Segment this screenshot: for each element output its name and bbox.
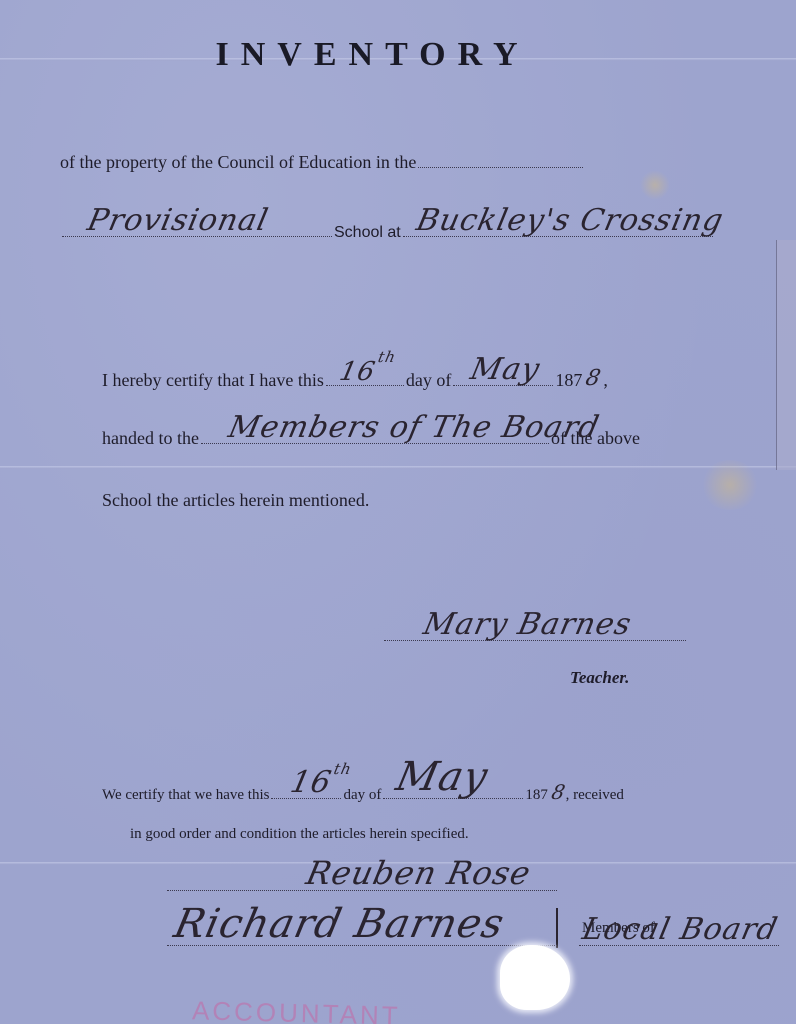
school-type-field: Provisional: [62, 236, 332, 237]
board-signature-line-1: Reuben Rose: [165, 890, 559, 896]
stain: [700, 460, 760, 510]
teacher-signature: Mary Barnes: [420, 607, 635, 642]
board-cert-line-1: We certify that we have this 16th day of…: [102, 780, 624, 804]
stain: [640, 170, 670, 200]
board-signature-field-1: Reuben Rose: [167, 890, 557, 891]
school-location-field: Buckley's Crossing: [403, 236, 713, 237]
board-cert-line-2: in good order and condition the articles…: [130, 826, 469, 843]
teacher-cert-line-3: School the articles herein mentioned.: [102, 490, 369, 511]
day-field: 16th: [326, 385, 404, 386]
board-signature-line-2: Richard Barnes Local Board: [165, 945, 781, 951]
board-month-field: May: [383, 798, 523, 799]
paper-hole: [500, 945, 570, 1010]
paper-fold: [0, 466, 796, 469]
document-page: INVENTORY of the property of the Council…: [0, 0, 796, 1024]
handwritten-school-type: Provisional: [84, 203, 271, 238]
teacher-cert-line-1: I hereby certify that I have this 16th d…: [102, 366, 608, 391]
teacher-cert-line-2: handed to the Members of The Board of th…: [102, 428, 640, 449]
board-name: Local Board: [579, 912, 781, 947]
recipient-field: Members of The Board: [201, 443, 549, 444]
teacher-signature-line: Mary Barnes: [382, 640, 688, 646]
teacher-signature-field: Mary Barnes: [384, 640, 686, 641]
accountant-stamp: ACCOUNTANT: [192, 995, 401, 1024]
handwritten-school-location: Buckley's Crossing: [413, 203, 727, 238]
month-field: May: [453, 385, 553, 386]
board-signature-1: Reuben Rose: [303, 854, 535, 892]
school-line: Provisional School at Buckley's Crossing: [60, 210, 715, 242]
board-name-field: Local Board: [579, 945, 779, 946]
board-signature-2: Richard Barnes: [170, 901, 508, 947]
signature-bracket: [556, 908, 558, 948]
intro-line: of the property of the Council of Educat…: [60, 152, 585, 173]
blank-field: [418, 167, 583, 168]
document-title: INVENTORY: [0, 36, 745, 74]
board-signature-field-2: Richard Barnes: [167, 945, 557, 946]
torn-edge: [776, 240, 796, 470]
teacher-label: Teacher.: [570, 668, 629, 688]
board-day-field: 16th: [271, 798, 341, 799]
